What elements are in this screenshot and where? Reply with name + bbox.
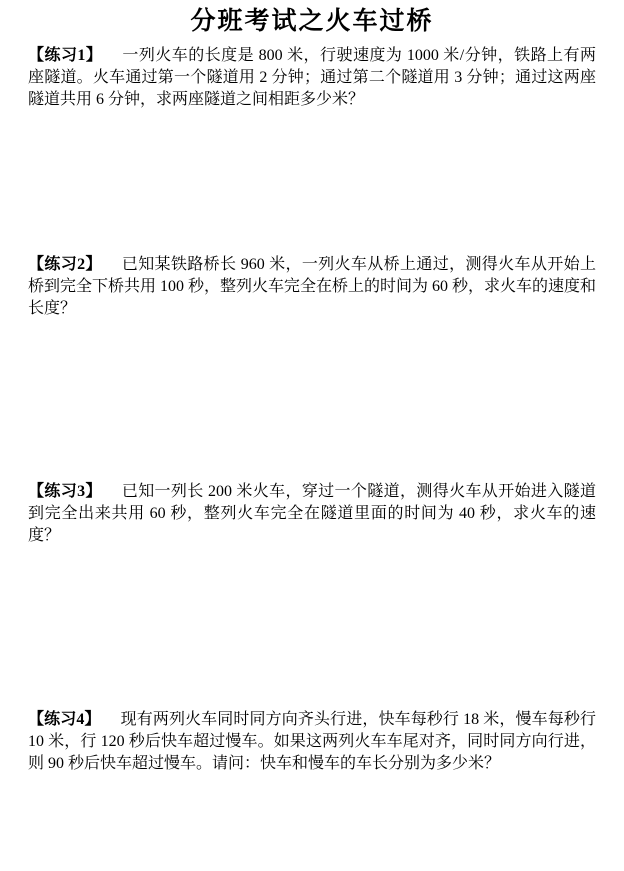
problem-2: 【练习2】已知某铁路桥长 960 米，一列火车从桥上通过，测得火车从开始上桥到完… [28, 254, 596, 320]
problem-1-label: 【练习1】 [28, 47, 102, 64]
document-title: 分班考试之火车过桥 [0, 5, 624, 39]
problem-1-text: 一列火车的长度是 800 米，行驶速度为 1000 米/分钟，铁路上有两座隧道。… [28, 47, 596, 108]
problem-3: 【练习3】已知一列长 200 米火车，穿过一个隧道，测得火车从开始进入隧道到完全… [28, 481, 596, 547]
problem-4: 【练习4】现有两列火车同时同方向齐头行进，快车每秒行 18 米，慢车每秒行 10… [28, 709, 596, 775]
worksheet-page: 分班考试之火车过桥 【练习1】一列火车的长度是 800 米，行驶速度为 1000… [0, 0, 624, 871]
problem-2-text: 已知某铁路桥长 960 米，一列火车从桥上通过，测得火车从开始上桥到完全下桥共用… [28, 256, 596, 317]
problem-3-text: 已知一列长 200 米火车，穿过一个隧道，测得火车从开始进入隧道到完全出来共用 … [28, 483, 596, 544]
problem-1: 【练习1】一列火车的长度是 800 米，行驶速度为 1000 米/分钟，铁路上有… [28, 45, 596, 111]
problem-3-label: 【练习3】 [28, 483, 102, 500]
problem-4-text: 现有两列火车同时同方向齐头行进，快车每秒行 18 米，慢车每秒行 10 米，行 … [28, 711, 596, 772]
problem-4-label: 【练习4】 [28, 711, 101, 728]
problem-2-label: 【练习2】 [28, 256, 102, 273]
